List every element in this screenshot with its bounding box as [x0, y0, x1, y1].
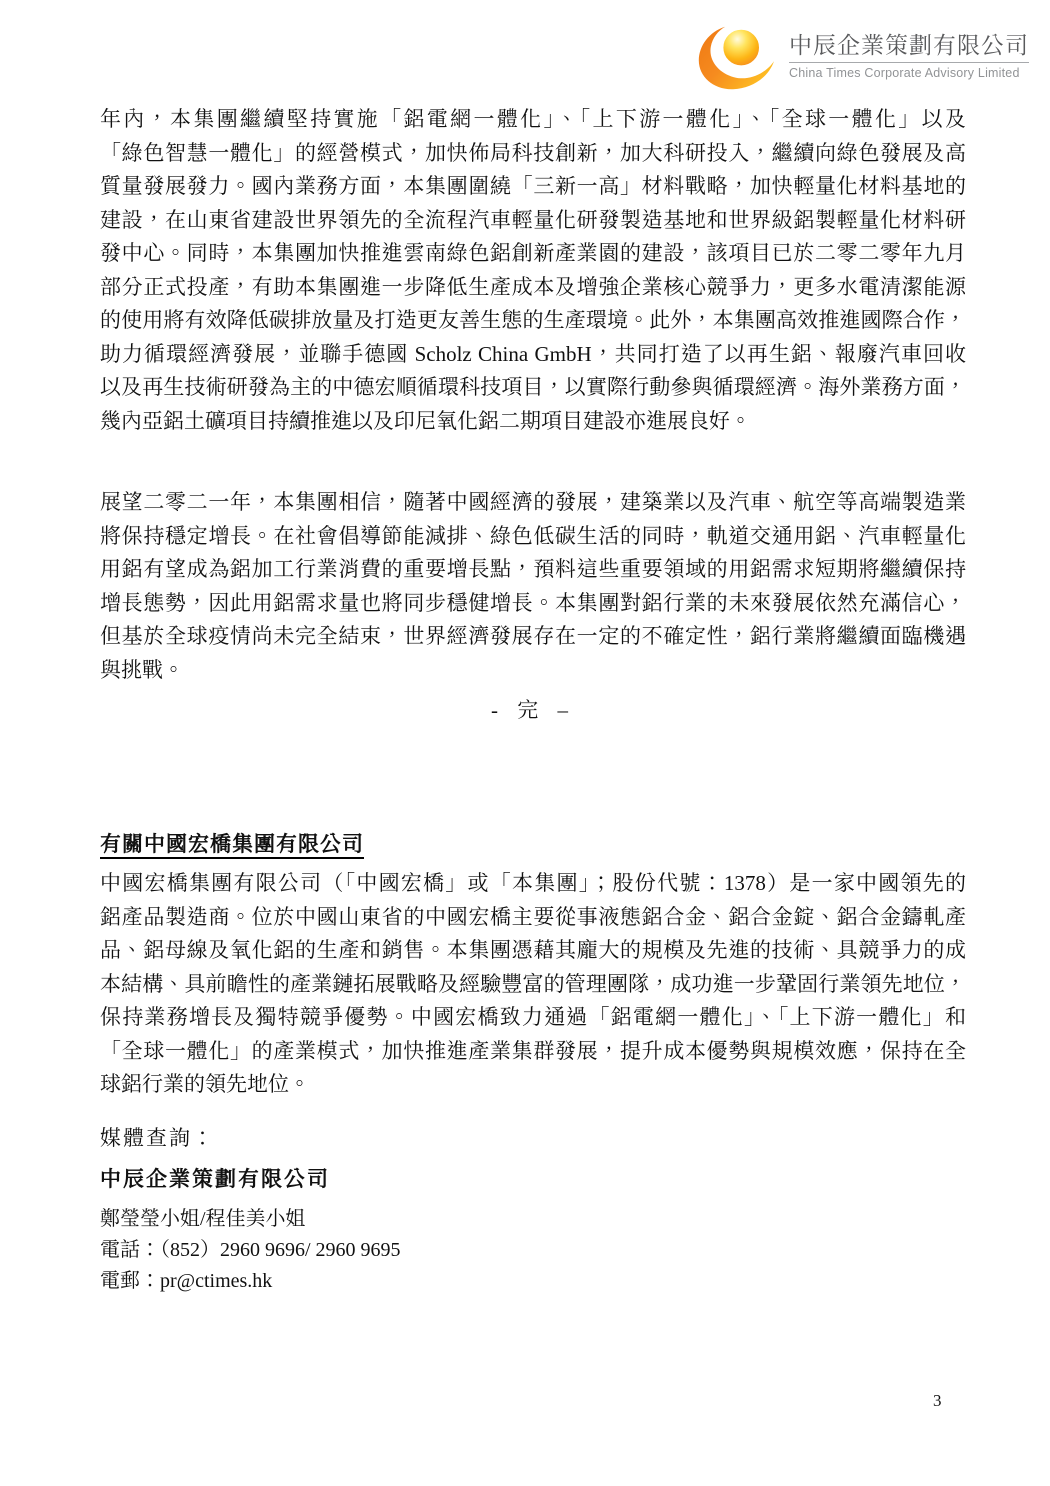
text-line: 球鋁行業的領先地位。	[100, 1068, 966, 1102]
sun-swoosh-icon	[698, 26, 778, 90]
text-line: 以及再生技術研發為主的中德宏順循環科技項目，以實際行動參與循環經濟。海外業務方面…	[100, 371, 966, 405]
text-line: 助力循環經濟發展，並聯手德國 Scholz China GmbH，共同打造了以再…	[100, 338, 966, 372]
text-line: 建設，在山東省建設世界領先的全流程汽車輕量化研發製造基地和世界級鋁製輕量化材料研	[100, 204, 966, 238]
media-contact-company: 中辰企業策劃有限公司	[100, 1163, 330, 1193]
paragraph-outlook: 展望二零二一年，本集團相信，隨著中國經濟的發展，建築業以及汽車、航空等高端製造業…	[100, 486, 966, 687]
text-line: 質量發展發力。國內業務方面，本集團圍繞「三新一高」材料戰略，加快輕量化材料基地的	[100, 170, 966, 204]
text-line: 部分正式投產，有助本集團進一步降低生產成本及增強企業核心競爭力，更多水電清潔能源	[100, 271, 966, 305]
text-line: 將保持穩定增長。在社會倡導節能減排、綠色低碳生活的同時，軌道交通用鋁、汽車輕量化	[100, 520, 966, 554]
text-line: 展望二零二一年，本集團相信，隨著中國經濟的發展，建築業以及汽車、航空等高端製造業	[100, 486, 966, 520]
text-line: 發中心。同時，本集團加快推進雲南綠色鋁創新產業園的建設，該項目已於二零二零年九月	[100, 237, 966, 271]
text-line: 用鋁有望成為鋁加工行業消費的重要增長點，預料這些重要領域的用鋁需求短期將繼續保持	[100, 553, 966, 587]
end-marker: - 完 –	[100, 694, 966, 724]
text-line: 品、鋁母線及氧化鋁的生產和銷售。本集團憑藉其龐大的規模及先進的技術、具競爭力的成	[100, 934, 966, 968]
document-page: 中辰企業策劃有限公司 China Times Corporate Advisor…	[0, 0, 1050, 1486]
paragraph-business-review: 年內，本集團繼續堅持實施「鋁電網一體化」、「上下游一體化」、「全球一體化」以及 …	[100, 103, 966, 438]
company-name-en: China Times Corporate Advisory Limited	[789, 66, 1029, 80]
text-line: 但基於全球疫情尚未完全結束，世界經濟發展存在一定的不確定性，鋁行業將繼續面臨機遇	[100, 620, 966, 654]
text-line: 年內，本集團繼續堅持實施「鋁電網一體化」、「上下游一體化」、「全球一體化」以及	[100, 103, 966, 137]
text-line: 鋁產品製造商。位於中國山東省的中國宏橋主要從事液態鋁合金、鋁合金錠、鋁合金鑄軋產	[100, 901, 966, 935]
company-logo-text: 中辰企業策劃有限公司 China Times Corporate Advisor…	[789, 26, 1029, 80]
media-contact-details: 鄭瑩瑩小姐/程佳美小姐 電話：（852）2960 9696/ 2960 9695…	[100, 1204, 401, 1297]
about-section-heading: 有關中國宏橋集團有限公司	[100, 828, 364, 858]
company-logo: 中辰企業策劃有限公司 China Times Corporate Advisor…	[698, 26, 1029, 90]
text-line: 中國宏橋集團有限公司（「中國宏橋」或「本集團」；股份代號：1378）是一家中國領…	[100, 867, 966, 901]
text-line: 增長態勢，因此用鋁需求量也將同步穩健增長。本集團對鋁行業的未來發展依然充滿信心，	[100, 587, 966, 621]
contact-names: 鄭瑩瑩小姐/程佳美小姐	[100, 1204, 401, 1235]
text-line: 幾內亞鋁土礦項目持續推進以及印尼氧化鋁二期項目建設亦進展良好。	[100, 405, 966, 439]
page-number: 3	[933, 1391, 942, 1411]
contact-phone: 電話：（852）2960 9696/ 2960 9695	[100, 1235, 401, 1266]
text-line: 「綠色智慧一體化」的經營模式，加快佈局科技創新，加大科研投入，繼續向綠色發展及高	[100, 137, 966, 171]
about-heading-text: 有關中國宏橋集團有限公司	[100, 832, 364, 859]
text-line: 「全球一體化」的產業模式，加快推進產業集群發展，提升成本優勢與規模效應，保持在全	[100, 1035, 966, 1069]
contact-email: 電郵：pr@ctimes.hk	[100, 1266, 401, 1297]
media-enquiries-label: 媒體查詢：	[100, 1122, 215, 1152]
logo-divider	[789, 62, 1029, 63]
text-line: 保持業務增長及獨特競爭優勢。中國宏橋致力通過「鋁電網一體化」、「上下游一體化」和	[100, 1001, 966, 1035]
company-name-zh: 中辰企業策劃有限公司	[789, 32, 1029, 58]
text-line: 的使用將有效降低碳排放量及打造更友善生態的生產環境。此外，本集團高效推進國際合作…	[100, 304, 966, 338]
text-line: 與挑戰。	[100, 654, 966, 688]
paragraph-about-company: 中國宏橋集團有限公司（「中國宏橋」或「本集團」；股份代號：1378）是一家中國領…	[100, 867, 966, 1102]
text-line: 本結構、具前瞻性的產業鏈拓展戰略及經驗豐富的管理團隊，成功進一步鞏固行業領先地位…	[100, 968, 966, 1002]
